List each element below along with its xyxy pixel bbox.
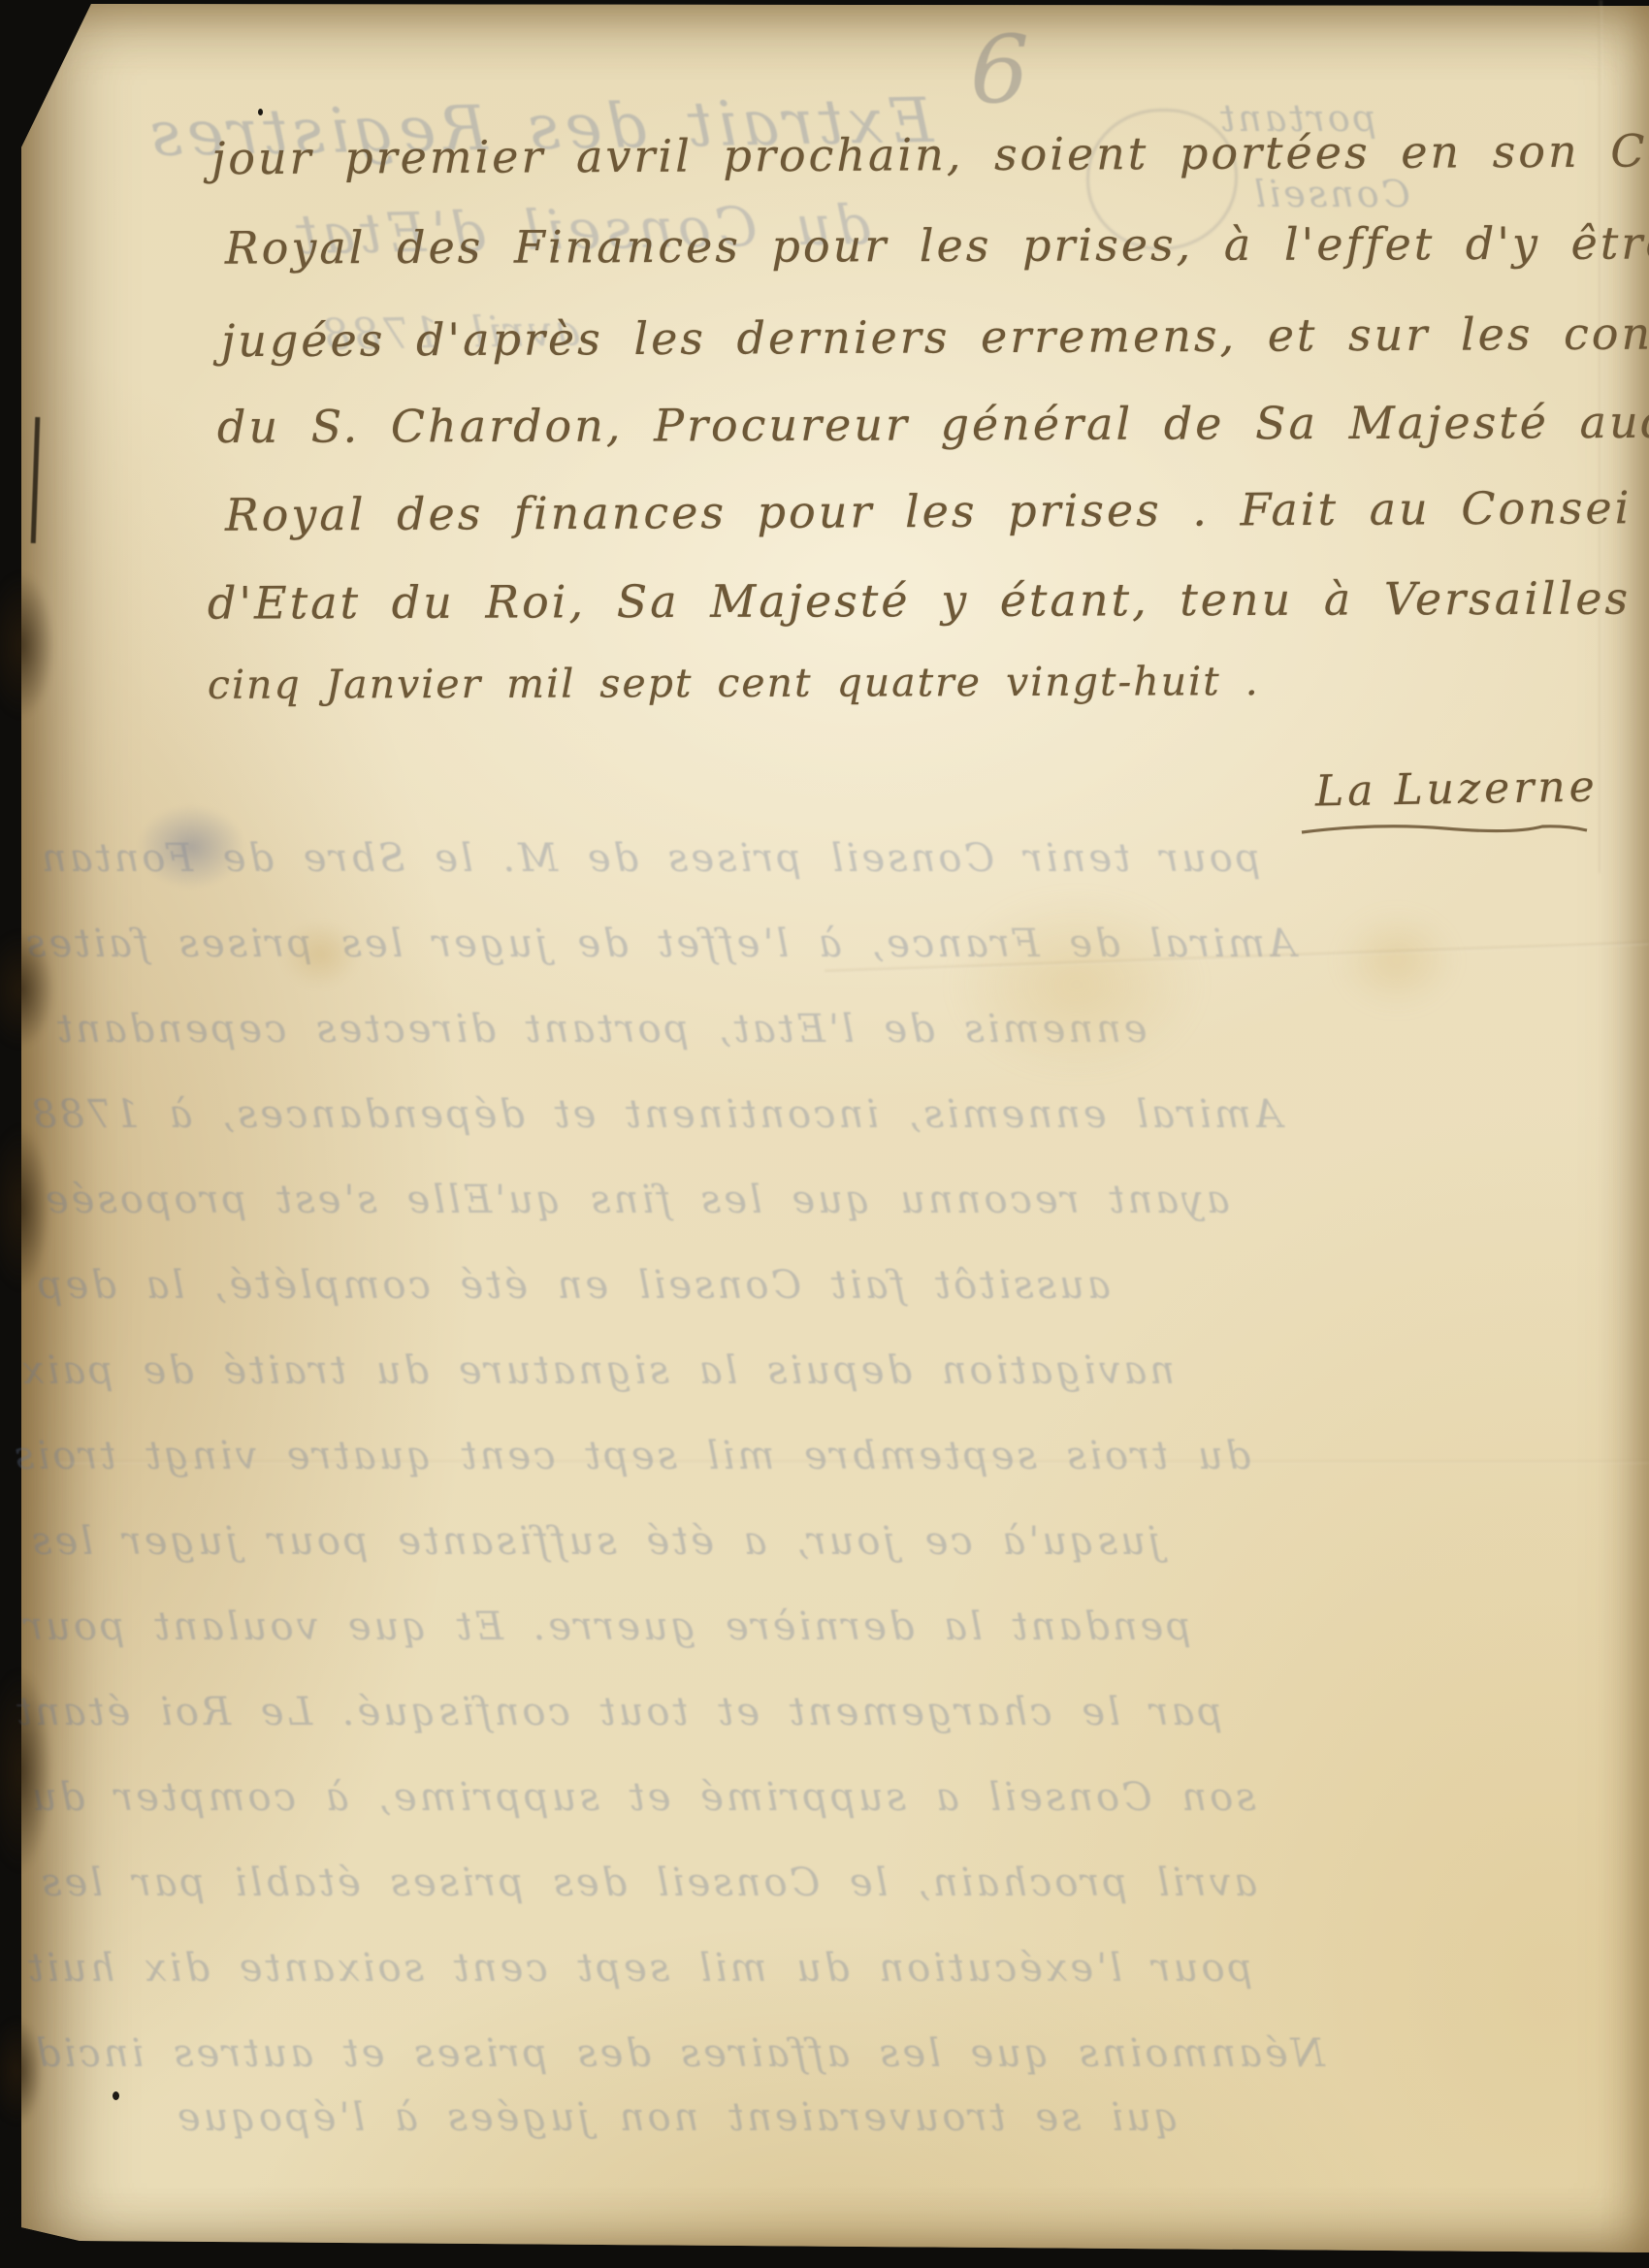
bleedthrough-line: par le chargement et tout confisqué. Le … [14,1690,1222,1734]
bleedthrough-line: ennemis de l'Etat, portant directes cepe… [54,1007,1148,1052]
bleedthrough-line: jusqu'à ce jour, a été suffisante pour j… [29,1519,1160,1564]
scanned-manuscript-page: { "colors": { "background": "#0e0d0b", "… [0,0,1649,2268]
pencil-number-mark: 6 [970,16,1029,124]
bleedthrough-line: aussitôt fait Conseil en été complété, l… [35,1263,1111,1308]
signature-underline-flourish [1300,819,1591,840]
signature: La Luzerne [1315,761,1599,816]
bleedthrough-line: pour l'exécution du mil sept cent soixan… [25,1946,1252,1991]
bleedthrough-line: pendant la dernière guerre. Et que voula… [21,1604,1191,1649]
bleedthrough-line: ayant reconnu que les fins qu'Elle s'est… [43,1178,1230,1222]
manuscript-line: du S. Chardon, Procureur général de Sa M… [217,395,1649,453]
manuscript-line: d'Etat du Roi, Sa Majesté y étant, tenu … [208,571,1649,629]
bleedthrough-line: navigation depuis la signature du traité… [19,1348,1175,1393]
bleedthrough-line: qui se trouveraient non jugées à l'époqu… [175,2095,1180,2140]
fold-crease [58,1460,1649,1464]
fold-crease [1599,0,1602,873]
ink-speck [258,109,263,115]
manuscript-line: jour premier avril prochain, soient port… [211,124,1649,184]
manuscript-line: Royal des Finances pour les prises, à l'… [225,216,1649,274]
manuscript-line: cinq Janvier mil sept cent quatre vingt-… [208,658,1260,708]
manuscript-line: Royal des finances pour les prises . Fai… [225,481,1633,541]
bleedthrough-line: Néanmoins que les affaires des prises et… [33,2031,1325,2076]
bleedthrough-line: avril prochain, le Conseil des prises ét… [39,1861,1257,1905]
manuscript-line: jugées d'après les derniers erremens, et… [221,307,1649,368]
bleedthrough-line: son Conseil a supprimé et supprime, à co… [29,1775,1256,1820]
bleedthrough-line: Amiral ennemis, incontinent et dépendanc… [29,1092,1282,1137]
bleedthrough-line: pour tenir Conseil prises de M. le Sbre … [39,836,1261,881]
bleedthrough-fragment: Conseil [1251,173,1410,215]
ink-speck [113,2091,119,2100]
bleedthrough-line: du trois septembre mil sept cent quatre … [12,1434,1250,1478]
